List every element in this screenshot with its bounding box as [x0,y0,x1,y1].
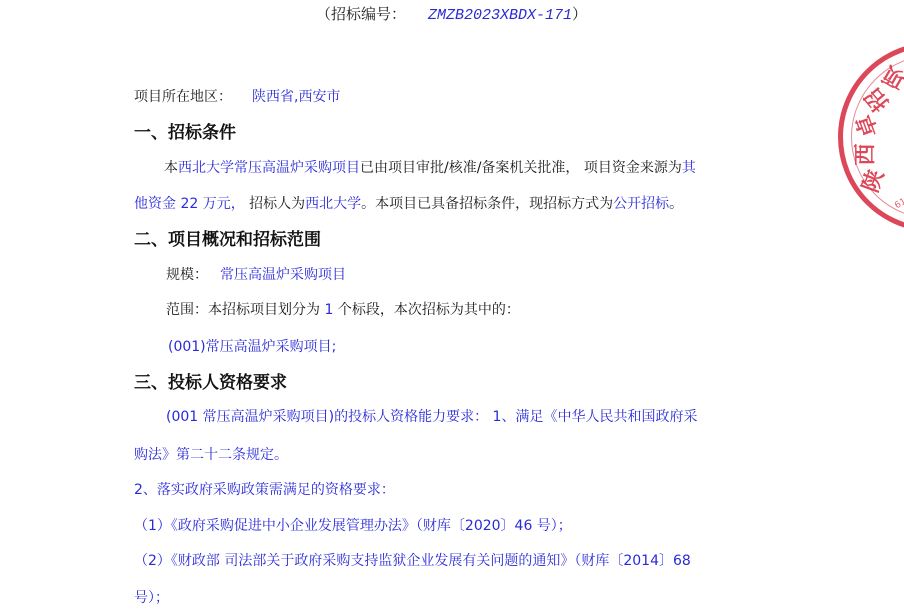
tender-method: 公开招标 [613,196,669,212]
location-value: 陕西省,西安市 [252,89,340,105]
fund-amount: 他资金 22 万元， [134,196,245,212]
tender-number-code: ZMZB2023XBDX-171 [428,7,572,24]
qualification-requirement-line-2: 购法》第二十二条规定。 [134,446,288,464]
lot-item: (001)常压高温炉采购项目; [168,338,336,356]
scale-label: 规模： [166,267,208,283]
location-label: 项目所在地区： [134,89,232,105]
scope-line: 范围：本招标项目划分为 1 个标段，本次招标为其中的： [166,301,520,319]
section-3-title: 三、投标人资格要求 [134,372,287,394]
tender-number-prefix: （招标编号： [316,5,406,23]
text-segment: 。 [669,196,683,212]
policy-item-2-line-2: 号）； [134,589,169,607]
scale-value: 常压高温炉采购项目 [220,267,346,283]
section-1-paragraph-line-1: 本西北大学常压高温炉采购项目已由项目审批/核准/备案机关批准， 项目资金来源为其 [164,159,696,177]
text-segment: 范围：本招标项目划分为 [166,302,324,318]
project-location-line: 项目所在地区：陕西省,西安市 [134,88,340,106]
text-segment: 。本项目已具备招标条件，现招标方式为 [361,196,613,212]
fund-source: 其 [682,160,696,176]
policy-requirement-title: 2、落实政府采购政策需满足的资格要求： [134,481,395,499]
text-segment: 本 [164,160,178,176]
tender-number-line: （招标编号：ZMZB2023XBDX-171） [316,5,587,25]
seal-char: 西 [849,143,880,165]
text-segment: 个标段，本次招标为其中的： [333,302,519,318]
scale-line: 规模：常压高温炉采购项目 [166,266,346,284]
policy-item-1: （1）《政府采购促进中小企业发展管理办法》（财库〔2020〕46 号）； [134,517,572,535]
tender-document-page: （招标编号：ZMZB2023XBDX-171） 项目所在地区：陕西省,西安市 一… [0,0,904,614]
section-1-title: 一、招标条件 [134,122,236,144]
text-segment: 招标人为 [245,196,305,212]
project-name: 西北大学常压高温炉采购项目 [178,160,360,176]
section-1-paragraph-line-2: 他资金 22 万元， 招标人为西北大学。本项目已具备招标条件，现招标方式为公开招… [134,195,683,213]
tenderer-name: 西北大学 [305,196,361,212]
section-2-title: 二、项目概况和招标范围 [134,229,321,251]
qualification-requirement-line-1: (001 常压高温炉采购项目)的投标人资格能力要求： 1、满足《中华人民共和国政… [166,408,697,426]
tender-number-suffix: ） [572,5,587,23]
official-seal: 陕 西 卓 招 项 目 61 [838,42,904,232]
policy-item-2-line-1: （2）《财政部 司法部关于政府采购支持监狱企业发展有关问题的通知》（财库〔201… [134,552,691,570]
text-segment: 已由项目审批/核准/备案机关批准， 项目资金来源为 [360,160,682,176]
